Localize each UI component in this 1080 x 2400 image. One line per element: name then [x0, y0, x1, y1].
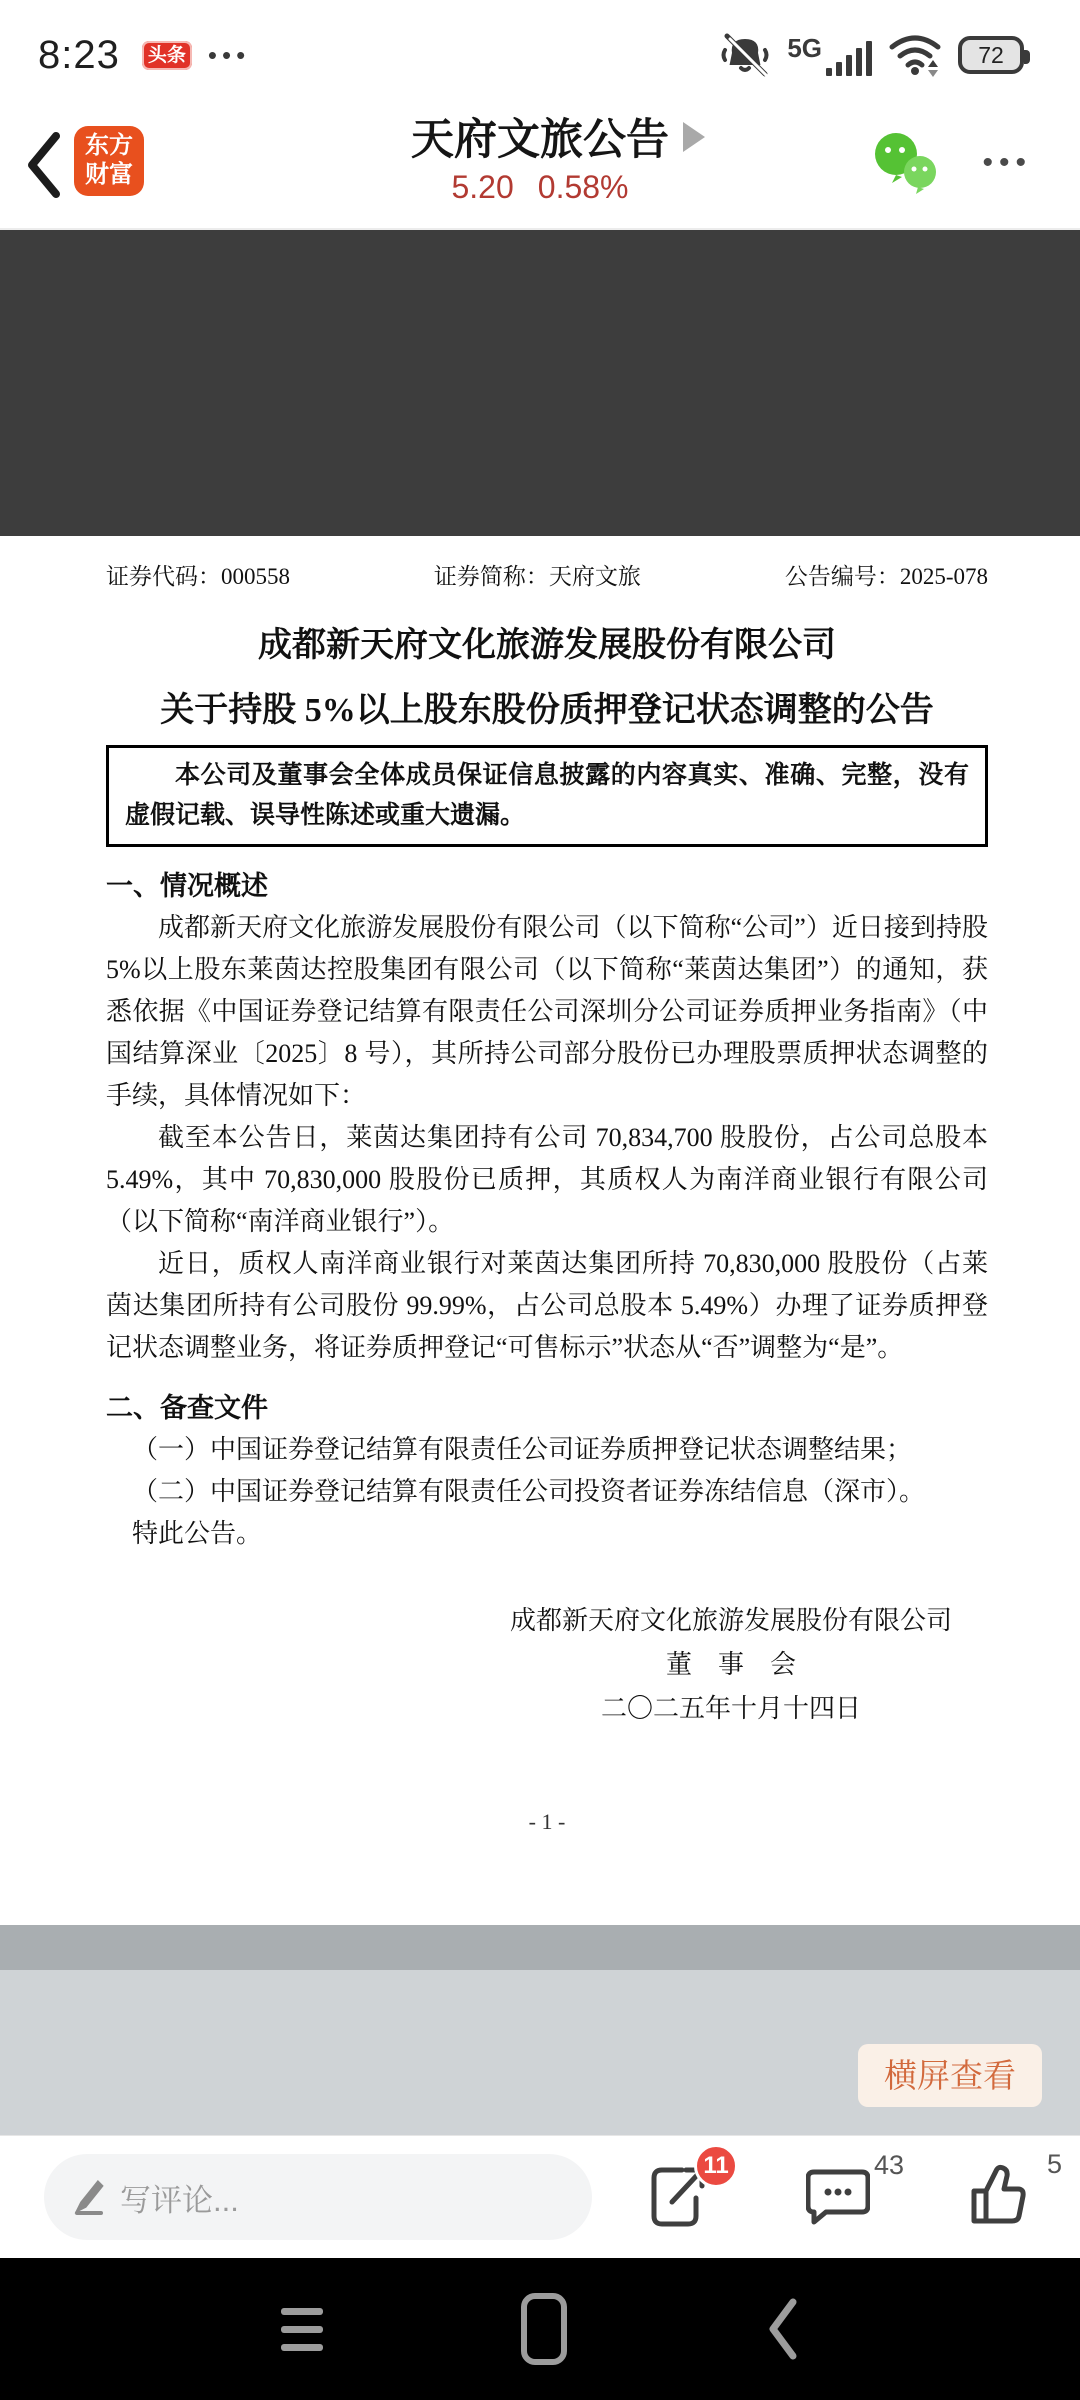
announcement-page: 证券代码：000558 证券简称：天府文旅 公告编号：2025-078 成都新天…	[0, 536, 1080, 1925]
landscape-view-button[interactable]: 横屏查看	[858, 2044, 1042, 2107]
doc-title-subject: 关于持股 5%以上股东股份质押登记状态调整的公告	[106, 682, 988, 731]
like-count: 5	[1047, 2149, 1062, 2180]
doc-meta-row: 证券代码：000558 证券简称：天府文旅 公告编号：2025-078	[106, 558, 988, 591]
signature-block: 成都新天府文化旅游发展股份有限公司 董 事 会 二〇二五年十月十四日	[106, 1599, 988, 1731]
pencil-icon	[72, 2179, 106, 2215]
section1-heading: 一、情况概述	[106, 865, 988, 907]
toutiao-notification-badge: 头条	[142, 41, 192, 70]
wechat-share-icon[interactable]	[868, 130, 940, 196]
recent-apps-button[interactable]	[281, 2308, 323, 2351]
viewer-bottom-panel: 横屏查看	[0, 1970, 1080, 2135]
nav-back-button[interactable]	[765, 2296, 799, 2362]
wifi-icon	[888, 33, 942, 77]
signal-bars-icon	[826, 38, 872, 78]
comment-bubble-icon	[806, 2164, 870, 2226]
status-bar: 8:23 头条 ••• 5G	[0, 0, 1080, 100]
share-button[interactable]: 11	[648, 2160, 710, 2235]
page-number: - 1 -	[106, 1809, 988, 1835]
announcement-number: 公告编号：2025-078	[785, 558, 988, 591]
comment-toolbar: 写评论... 11 43	[0, 2135, 1080, 2258]
paragraph-3: 近日，质权人南洋商业银行对莱茵达集团所持 70,830,000 股股份（占莱茵达…	[106, 1243, 988, 1369]
network-type-label: 5G	[787, 33, 822, 64]
status-icons: 5G 72	[719, 32, 1024, 78]
doc-title-company: 成都新天府文化旅游发展股份有限公司	[106, 617, 988, 666]
disclaimer-box: 本公司及董事会全体成员保证信息披露的内容真实、准确、完整，没有虚假记载、误导性陈…	[106, 745, 988, 847]
closing-line: 特此公告。	[106, 1513, 988, 1555]
home-button[interactable]	[521, 2293, 567, 2365]
share-count-badge: 11	[694, 2144, 738, 2188]
signature-date: 二〇二五年十月十四日	[510, 1687, 952, 1731]
section2-heading: 二、备查文件	[106, 1387, 988, 1429]
reference-item-1: （一）中国证券登记结算有限责任公司证券质押登记状态调整结果；	[106, 1429, 988, 1471]
signature-board: 董 事 会	[510, 1643, 952, 1687]
battery-level: 72	[978, 42, 1004, 69]
reference-item-2: （二）中国证券登记结算有限责任公司投资者证券冻结信息（深市）。	[106, 1471, 988, 1513]
comment-actions: 11 43 5	[648, 2160, 1028, 2235]
paragraph-1: 成都新天府文化旅游发展股份有限公司（以下简称“公司”）近日接到持股 5%以上股东…	[106, 907, 988, 1117]
notification-dots: •••	[208, 40, 250, 71]
signature-company: 成都新天府文化旅游发展股份有限公司	[510, 1599, 952, 1643]
security-name: 证券简称：天府文旅	[434, 558, 641, 591]
comment-placeholder: 写评论...	[120, 2175, 239, 2220]
more-menu-button[interactable]: •••	[982, 130, 1032, 196]
comments-button[interactable]: 43	[806, 2164, 870, 2231]
clock: 8:23	[38, 33, 120, 78]
stock-price: 5.20	[451, 169, 513, 205]
security-code: 证券代码：000558	[106, 558, 290, 591]
mute-bell-icon	[719, 32, 771, 78]
page-separator	[0, 1925, 1080, 1970]
comment-input[interactable]: 写评论...	[44, 2154, 592, 2240]
page-title: 天府文旅公告	[411, 106, 669, 167]
thumbs-up-icon	[966, 2163, 1028, 2227]
pdf-viewer-background	[0, 230, 1080, 536]
system-navigation-bar	[0, 2258, 1080, 2400]
paragraph-2: 截至本公告日，莱茵达集团持有公司 70,834,700 股股份，占公司总股本 5…	[106, 1117, 988, 1243]
app-header: 东方财富 天府文旅公告 5.200.58% •••	[0, 100, 1080, 230]
stock-change: 0.58%	[538, 169, 629, 205]
like-button[interactable]: 5	[966, 2163, 1028, 2232]
comment-count: 43	[874, 2150, 904, 2181]
battery-icon: 72	[958, 36, 1024, 74]
expand-caret-icon[interactable]	[683, 122, 705, 152]
